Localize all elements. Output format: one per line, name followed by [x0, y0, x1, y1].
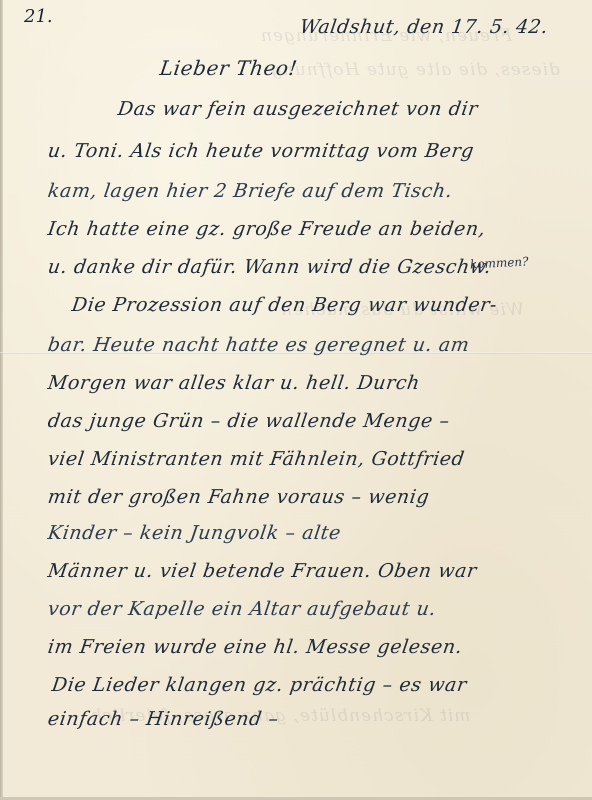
letter-line: Ich hatte eine gz. große Freude an beide…: [46, 218, 487, 240]
letter-page: Freuen, wie Erinnerungen dieses, die alt…: [0, 0, 592, 800]
letter-line: Das war fein ausgezeichnet von dir: [116, 98, 479, 120]
letter-line: Männer u. viel betende Frauen. Oben war: [46, 560, 478, 582]
inserted-word: kommen?: [470, 254, 529, 271]
letter-line: mit der großen Fahne voraus – wenig: [46, 486, 430, 508]
letter-line: einfach – Hinreißend –: [46, 708, 280, 730]
letter-line: kam, lagen hier 2 Briefe auf dem Tisch.: [46, 180, 454, 202]
letter-line: bar. Heute nacht hatte es geregnet u. am: [46, 334, 471, 356]
page-number: 21.: [24, 6, 53, 27]
letter-line: Die Prozession auf den Berg war wunder-: [70, 294, 498, 316]
letter-line: Die Lieder klangen gz. prächtig – es war: [50, 674, 468, 696]
letter-line: viel Ministranten mit Fähnlein, Gottfrie…: [46, 448, 466, 470]
letter-line: vor der Kapelle ein Altar aufgebaut u.: [46, 598, 437, 620]
letter-line: u. danke dir dafür. Wann wird die Gzesch…: [46, 256, 492, 278]
place-date-line: Waldshut, den 17. 5. 42.: [298, 16, 549, 38]
letter-line: das junge Grün – die wallende Menge –: [46, 410, 451, 432]
salutation: Lieber Theo!: [158, 56, 299, 80]
letter-line: Morgen war alles klar u. hell. Durch: [46, 372, 421, 394]
letter-line: im Freien wurde eine hl. Messe gelesen.: [46, 636, 463, 658]
letter-line: u. Toni. Als ich heute vormittag vom Ber…: [46, 140, 475, 162]
letter-line: Kinder – kein Jungvolk – alte: [46, 522, 342, 544]
bleed-through-text: dieses, die alte gute Hoffnung: [270, 60, 560, 80]
